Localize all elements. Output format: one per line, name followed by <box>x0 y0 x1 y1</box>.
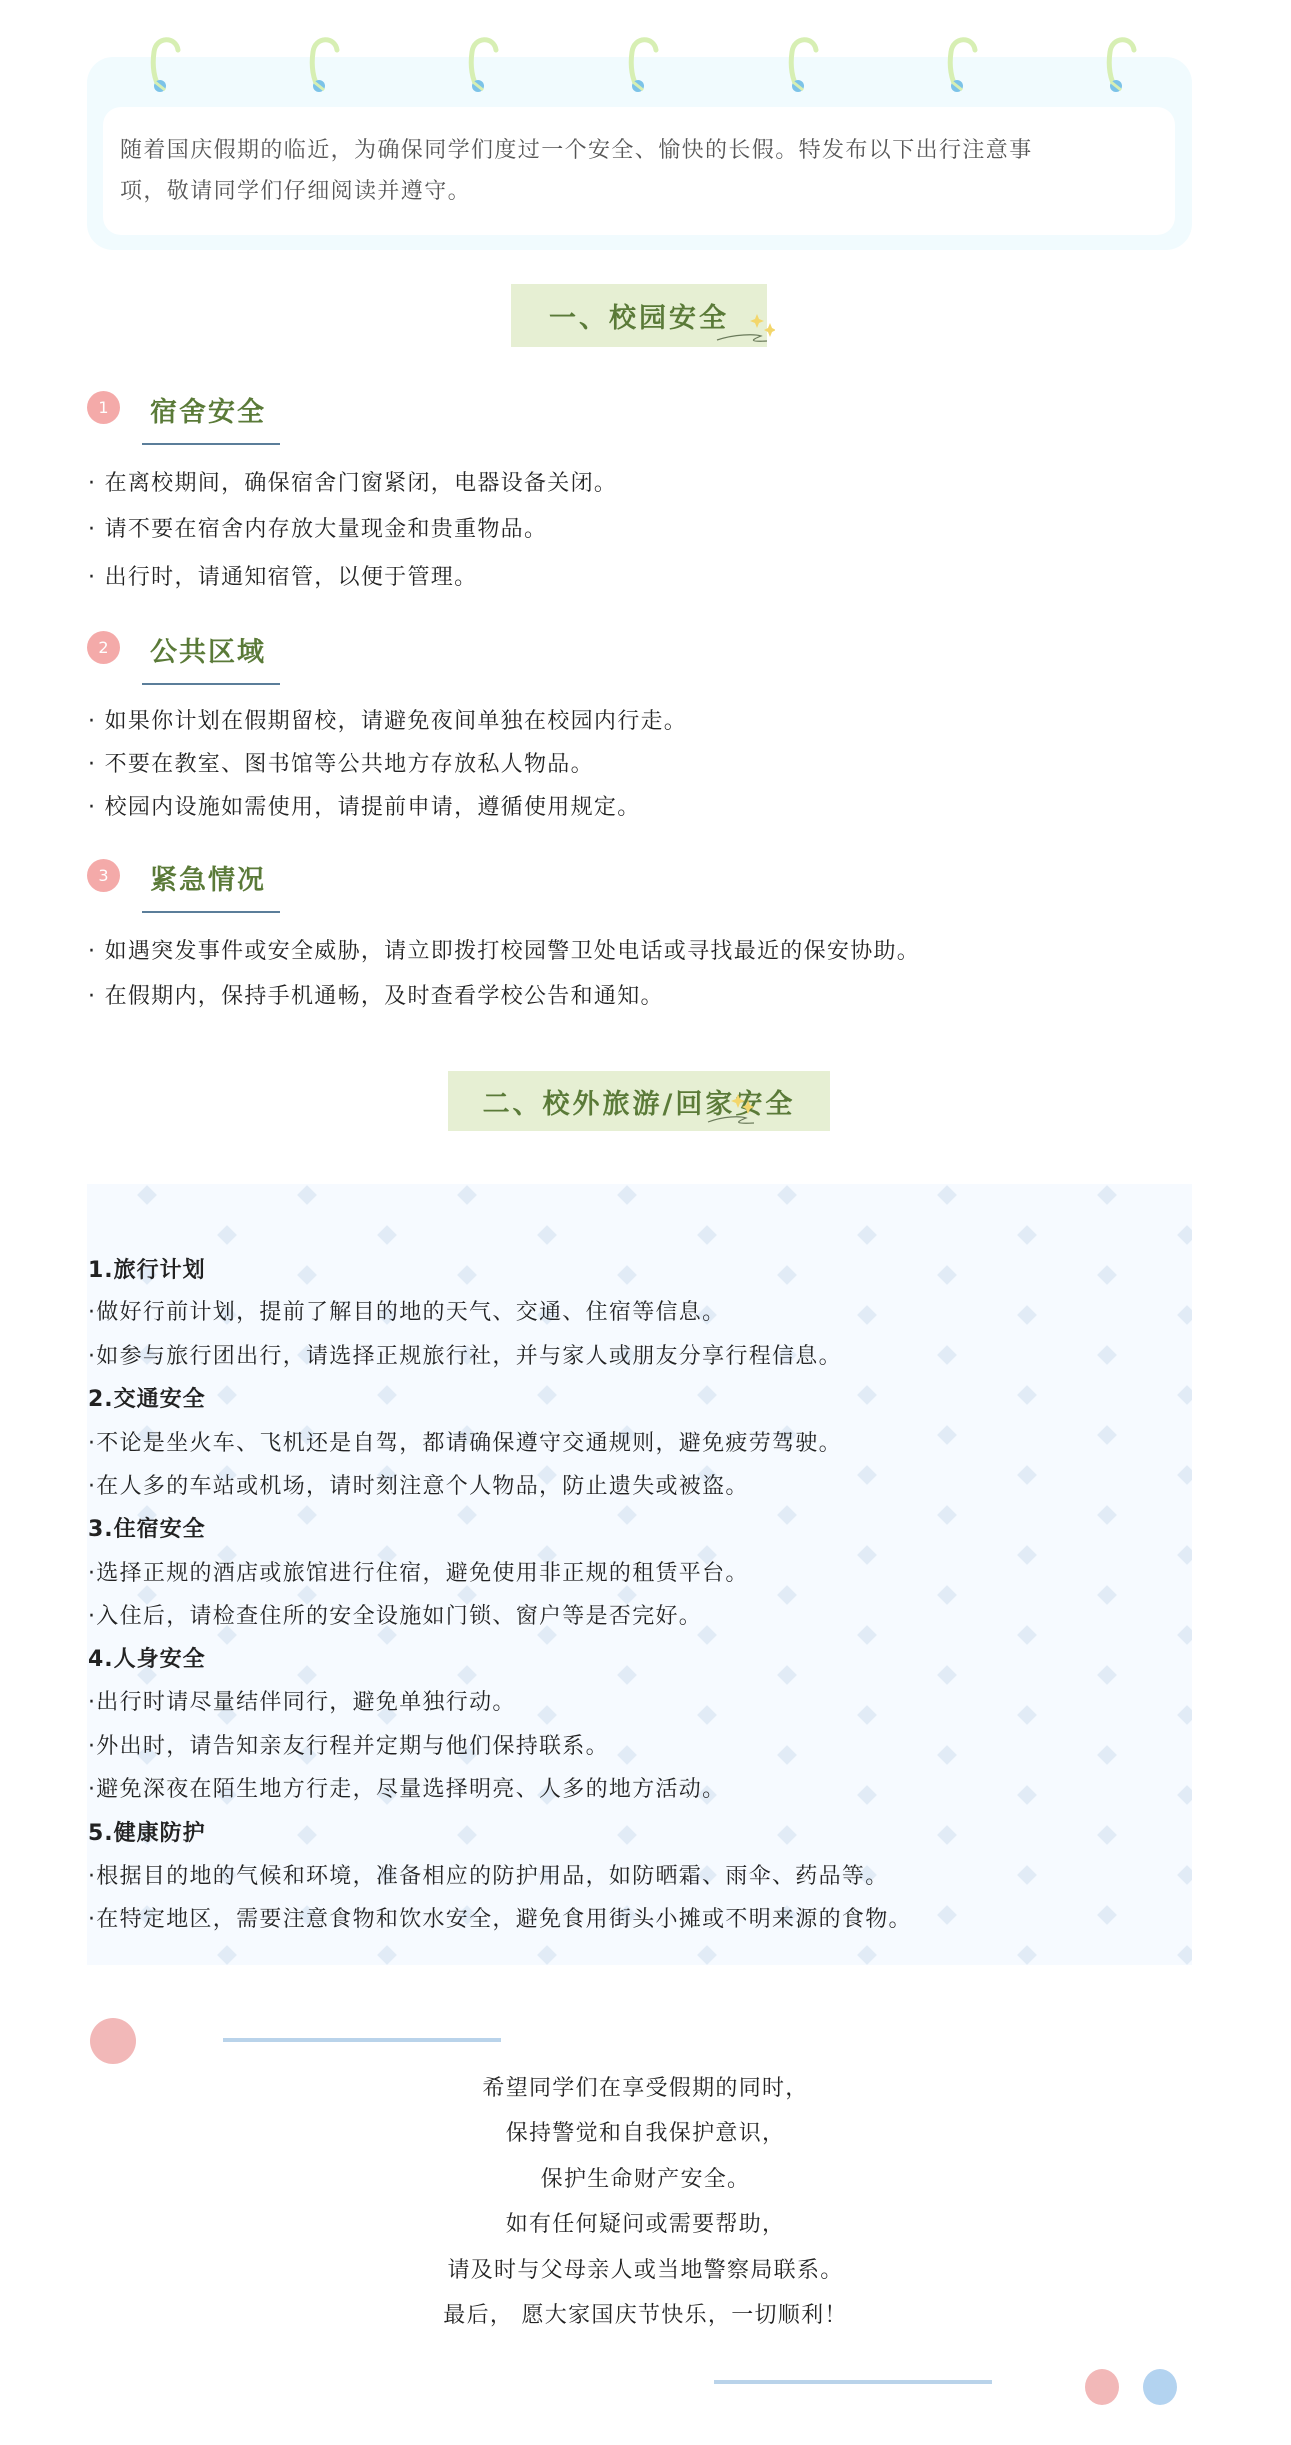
closing-line: 保护生命财产安全。 <box>0 2165 1291 2195</box>
binder-ring-icon <box>943 34 983 94</box>
binder-ring-icon <box>464 34 504 94</box>
topic-heading: 5.健康防护 <box>88 1819 206 1849</box>
diamond-pattern-icon <box>857 1545 877 1565</box>
diamond-pattern-icon <box>777 1745 797 1765</box>
topic-heading: 3.住宿安全 <box>88 1515 206 1545</box>
diamond-pattern-icon <box>1097 1585 1117 1605</box>
list-item: ·做好行前计划，提前了解目的地的天气、交通、住宿等信息。 <box>88 1298 725 1328</box>
diamond-pattern-icon <box>777 1185 797 1205</box>
diamond-pattern-icon <box>377 1225 397 1245</box>
subsection-title: 公共区域 <box>150 630 266 669</box>
diamond-pattern-icon <box>1097 1665 1117 1685</box>
list-item: ·入住后，请检查住所的安全设施如门锁、窗户等是否完好。 <box>88 1602 702 1632</box>
diamond-pattern-icon <box>297 1665 317 1685</box>
diamond-pattern-icon <box>537 1385 557 1405</box>
section-heading-text: 一、校园安全 <box>549 296 729 335</box>
diamond-pattern-icon <box>937 1345 957 1365</box>
diamond-pattern-icon <box>537 1225 557 1245</box>
list-item: ·根据目的地的气候和环境，准备相应的防护用品，如防晒霜、雨伞、药品等。 <box>88 1862 889 1892</box>
diamond-pattern-icon <box>1097 1345 1117 1365</box>
diamond-pattern-icon <box>617 1185 637 1205</box>
section-heading-travel-safety: 二、校外旅游/回家安全 <box>448 1071 830 1131</box>
closing-line: 如有任何疑问或需要帮助， <box>0 2210 1291 2240</box>
diamond-pattern-icon <box>1177 1705 1192 1725</box>
diamond-pattern-icon <box>777 1665 797 1685</box>
binder-ring-icon <box>1102 34 1142 94</box>
diamond-pattern-icon <box>937 1665 957 1685</box>
diamond-pattern-icon <box>1017 1545 1037 1565</box>
diamond-pattern-icon <box>537 1945 557 1965</box>
diamond-pattern-icon <box>617 1745 637 1765</box>
diamond-pattern-icon <box>1177 1785 1192 1805</box>
diamond-pattern-icon <box>937 1905 957 1925</box>
diamond-pattern-icon <box>217 1385 237 1405</box>
diamond-pattern-icon <box>217 1945 237 1965</box>
diamond-pattern-icon <box>777 1585 797 1605</box>
closing-line: 请及时与父母亲人或当地警察局联系。 <box>0 2256 1291 2286</box>
diamond-pattern-icon <box>457 1185 477 1205</box>
diamond-pattern-icon <box>297 1825 317 1845</box>
list-item: · 出行时，请通知宿管，以便于管理。 <box>88 563 477 593</box>
topic-heading: 1.旅行计划 <box>88 1256 206 1286</box>
list-item: · 如果你计划在假期留校，请避免夜间单独在校园内行走。 <box>88 707 687 737</box>
diamond-pattern-icon <box>1097 1745 1117 1765</box>
diamond-pattern-icon <box>857 1625 877 1645</box>
list-item: ·避免深夜在陌生地方行走，尽量选择明亮、人多的地方活动。 <box>88 1775 725 1805</box>
list-item: ·出行时请尽量结伴同行，避免单独行动。 <box>88 1688 516 1718</box>
subsection-title: 宿舍安全 <box>150 390 266 429</box>
binder-ring-icon <box>784 34 824 94</box>
decorative-blue-dot <box>1143 2369 1177 2405</box>
diamond-pattern-icon <box>617 1665 637 1685</box>
badge-number: 2 <box>98 638 108 657</box>
diamond-pattern-icon <box>937 1505 957 1525</box>
diamond-pattern-icon <box>617 1265 637 1285</box>
diamond-pattern-icon <box>937 1425 957 1445</box>
badge-number: 1 <box>98 398 108 417</box>
diamond-pattern-icon <box>1177 1465 1192 1485</box>
diamond-pattern-icon <box>457 1665 477 1685</box>
diamond-pattern-icon <box>1017 1305 1037 1325</box>
diamond-pattern-icon <box>697 1945 717 1965</box>
diamond-pattern-icon <box>1177 1865 1192 1885</box>
subsection-underline <box>142 683 280 685</box>
diamond-pattern-icon <box>1097 1505 1117 1525</box>
subsection-number-badge: 2 <box>87 631 120 664</box>
list-item: · 校园内设施如需使用，请提前申请，遵循使用规定。 <box>88 793 641 823</box>
diamond-pattern-icon <box>857 1945 877 1965</box>
binder-ring-icon <box>305 34 345 94</box>
diamond-pattern-icon <box>457 1505 477 1525</box>
list-item: ·不论是坐火车、飞机还是自驾，都请确保遵守交通规则，避免疲劳驾驶。 <box>88 1429 842 1459</box>
list-item: ·外出时，请告知亲友行程并定期与他们保持联系。 <box>88 1732 609 1762</box>
diamond-pattern-icon <box>1097 1825 1117 1845</box>
binder-ring-icon <box>146 34 186 94</box>
diamond-pattern-icon <box>857 1705 877 1725</box>
list-item: ·在特定地区，需要注意食物和饮水安全，避免食用街头小摊或不明来源的食物。 <box>88 1905 912 1935</box>
list-item: · 请不要在宿舍内存放大量现金和贵重物品。 <box>88 515 547 545</box>
diamond-pattern-icon <box>137 1185 157 1205</box>
diamond-pattern-icon <box>1017 1945 1037 1965</box>
binder-ring-icon <box>624 34 664 94</box>
diamond-pattern-icon <box>1097 1905 1117 1925</box>
closing-line: 希望同学们在享受假期的同时， <box>0 2074 1291 2104</box>
diamond-pattern-icon <box>617 1825 637 1845</box>
diamond-pattern-icon <box>1017 1225 1037 1245</box>
subsection-underline <box>142 911 280 913</box>
list-item: · 如遇突发事件或安全威胁，请立即拨打校园警卫处电话或寻找最近的保安协助。 <box>88 937 920 967</box>
diamond-pattern-icon <box>217 1225 237 1245</box>
diamond-pattern-icon <box>857 1225 877 1245</box>
diamond-pattern-icon <box>777 1505 797 1525</box>
diamond-pattern-icon <box>937 1585 957 1605</box>
diamond-pattern-icon <box>857 1305 877 1325</box>
intro-text: 随着国庆假期的临近，为确保同学们度过一个安全、愉快的长假。特发布以下出行注意事 … <box>120 130 1165 212</box>
subsection-number-badge: 3 <box>87 859 120 892</box>
diamond-pattern-icon <box>457 1825 477 1845</box>
intro-line-2: 项，敬请同学们仔细阅读并遵守。 <box>120 171 1165 212</box>
intro-line-1: 随着国庆假期的临近，为确保同学们度过一个安全、愉快的长假。特发布以下出行注意事 <box>120 130 1165 171</box>
list-item: · 在离校期间，确保宿舍门窗紧闭，电器设备关闭。 <box>88 469 617 499</box>
diamond-pattern-icon <box>857 1465 877 1485</box>
decorative-line <box>714 2380 992 2384</box>
list-item: · 在假期内，保持手机通畅，及时查看学校公告和通知。 <box>88 982 664 1012</box>
diamond-pattern-icon <box>457 1265 477 1285</box>
diamond-pattern-icon <box>1177 1945 1192 1965</box>
diamond-pattern-icon <box>1017 1785 1037 1805</box>
diamond-pattern-icon <box>377 1945 397 1965</box>
diamond-pattern-icon <box>1017 1705 1037 1725</box>
decorative-pink-dot <box>90 2018 136 2064</box>
diamond-pattern-icon <box>617 1505 637 1525</box>
diamond-pattern-icon <box>937 1745 957 1765</box>
diamond-pattern-icon <box>537 1705 557 1725</box>
decorative-line <box>223 2038 501 2042</box>
diamond-pattern-icon <box>1177 1305 1192 1325</box>
diamond-pattern-icon <box>1097 1185 1117 1205</box>
diamond-pattern-icon <box>937 1265 957 1285</box>
list-item: ·在人多的车站或机场，请时刻注意个人物品，防止遗失或被盗。 <box>88 1472 749 1502</box>
diamond-pattern-icon <box>377 1385 397 1405</box>
subsection-underline <box>142 443 280 445</box>
diamond-pattern-icon <box>1097 1265 1117 1285</box>
diamond-pattern-icon <box>1177 1545 1192 1565</box>
closing-line: 最后， 愿大家国庆节快乐，一切顺利！ <box>0 2301 1291 2331</box>
diamond-pattern-icon <box>777 1825 797 1845</box>
diamond-pattern-icon <box>1177 1385 1192 1405</box>
sparkle-icon <box>715 310 775 350</box>
subsection-title: 紧急情况 <box>150 858 266 897</box>
diamond-pattern-icon <box>1017 1625 1037 1645</box>
sparkle-icon <box>700 1090 760 1130</box>
topic-heading: 2.交通安全 <box>88 1385 206 1415</box>
diamond-pattern-icon <box>297 1505 317 1525</box>
diamond-pattern-icon <box>697 1225 717 1245</box>
diamond-pattern-icon <box>1017 1465 1037 1485</box>
diamond-pattern-icon <box>777 1265 797 1285</box>
diamond-pattern-icon <box>1017 1865 1037 1885</box>
closing-line: 保持警觉和自我保护意识， <box>0 2119 1291 2149</box>
diamond-pattern-icon <box>1097 1425 1117 1445</box>
diamond-pattern-icon <box>697 1385 717 1405</box>
list-item: ·选择正规的酒店或旅馆进行住宿，避免使用非正规的租赁平台。 <box>88 1559 749 1589</box>
diamond-pattern-icon <box>857 1785 877 1805</box>
diamond-pattern-icon <box>937 1825 957 1845</box>
diamond-pattern-icon <box>697 1705 717 1725</box>
diamond-pattern-icon <box>1017 1385 1037 1405</box>
subsection-number-badge: 1 <box>87 391 120 424</box>
diamond-pattern-icon <box>1177 1625 1192 1645</box>
list-item: · 不要在教室、图书馆等公共地方存放私人物品。 <box>88 750 594 780</box>
diamond-pattern-icon <box>1177 1225 1192 1245</box>
decorative-pink-dot <box>1085 2369 1119 2405</box>
topic-heading: 4.人身安全 <box>88 1645 206 1675</box>
diamond-pattern-icon <box>297 1185 317 1205</box>
diamond-pattern-icon <box>937 1185 957 1205</box>
list-item: ·如参与旅行团出行，请选择正规旅行社，并与家人或朋友分享行程信息。 <box>88 1342 842 1372</box>
badge-number: 3 <box>98 866 108 885</box>
diamond-pattern-icon <box>297 1265 317 1285</box>
diamond-pattern-icon <box>857 1385 877 1405</box>
